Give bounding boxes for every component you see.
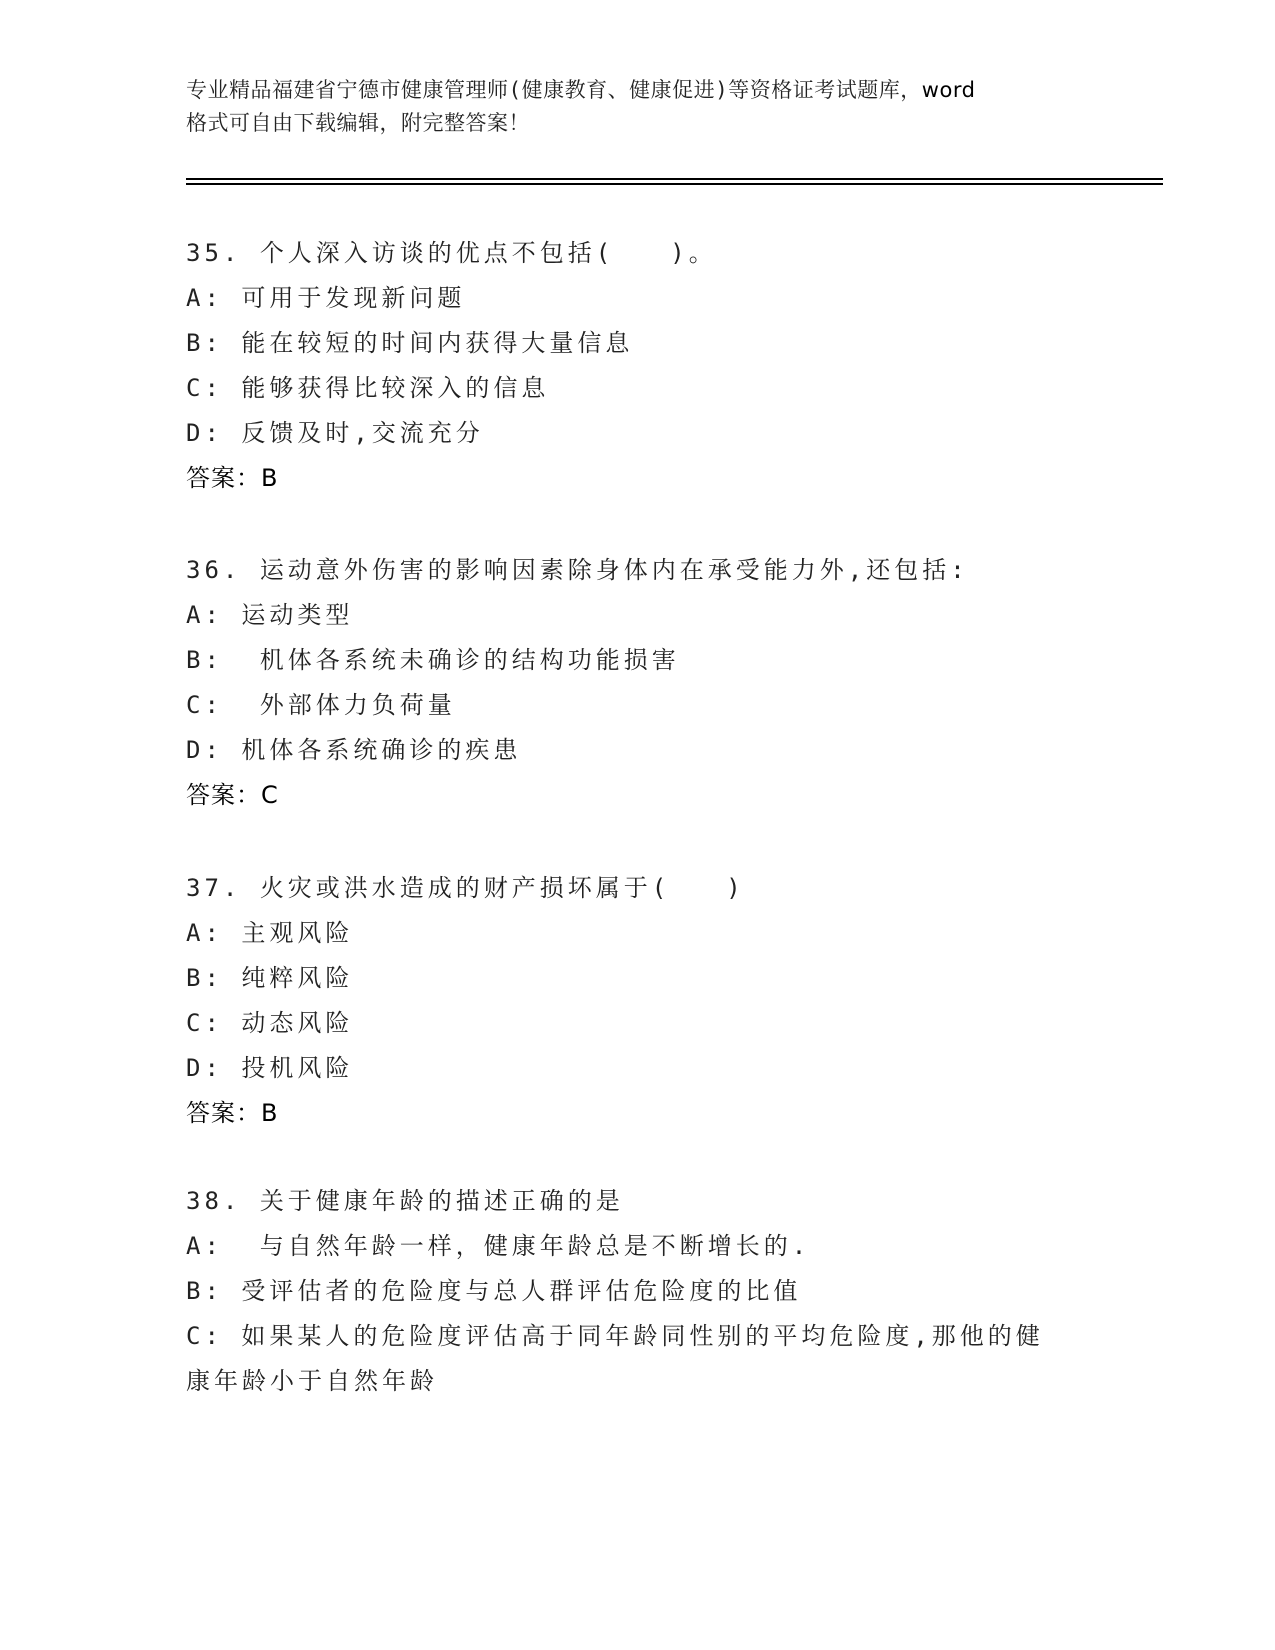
header-line-1: 专业精品福建省宁德市健康管理师(健康教育、健康促进)等资格证考试题库，word xyxy=(186,74,1086,107)
option-d: D: 反馈及时,交流充分 xyxy=(186,411,1086,456)
option-b: B: 纯粹风险 xyxy=(186,956,1086,1001)
answer-line: 答案：B xyxy=(186,456,1086,501)
option-label: D: xyxy=(186,736,223,764)
question-text: 关于健康年龄的描述正确的是 xyxy=(260,1187,624,1215)
option-label: C: xyxy=(186,374,223,402)
option-text: 机体各系统确诊的疾患 xyxy=(241,736,521,764)
question-stem: 36. 运动意外伤害的影响因素除身体内在承受能力外,还包括: xyxy=(186,548,1086,593)
header-divider-bottom xyxy=(186,183,1163,185)
header-word-label: word xyxy=(922,78,976,102)
header-line-1-text: 专业精品福建省宁德市健康管理师(健康教育、健康促进)等资格证考试题库， xyxy=(186,78,922,102)
option-text: 可用于发现新问题 xyxy=(241,284,465,312)
option-c: C: 如果某人的危险度评估高于同年龄同性别的平均危险度,那他的健 xyxy=(186,1314,1086,1359)
option-label: D: xyxy=(186,419,223,447)
option-label: A: xyxy=(186,919,223,947)
option-d: D: 机体各系统确诊的疾患 xyxy=(186,728,1086,773)
option-label: C: xyxy=(186,691,223,719)
question-37: 37. 火灾或洪水造成的财产损坏属于( ) A: 主观风险 B: 纯粹风险 C:… xyxy=(186,866,1086,1136)
question-36: 36. 运动意外伤害的影响因素除身体内在承受能力外,还包括: A: 运动类型 B… xyxy=(186,548,1086,818)
option-text: 反馈及时,交流充分 xyxy=(241,419,483,447)
option-b: B: 受评估者的危险度与总人群评估危险度的比值 xyxy=(186,1269,1086,1314)
question-stem: 35. 个人深入访谈的优点不包括( )。 xyxy=(186,231,1086,276)
option-text: 如果某人的危险度评估高于同年龄同性别的平均危险度,那他的健 xyxy=(241,1322,1043,1350)
option-label: C: xyxy=(186,1322,223,1350)
document-page: 专业精品福建省宁德市健康管理师(健康教育、健康促进)等资格证考试题库，word … xyxy=(0,0,1275,1650)
question-number: 36. xyxy=(186,556,241,584)
option-label: B: xyxy=(186,964,223,992)
question-number: 37. xyxy=(186,874,241,902)
option-label: D: xyxy=(186,1054,223,1082)
option-text: 外部体力负荷量 xyxy=(241,691,455,719)
document-header: 专业精品福建省宁德市健康管理师(健康教育、健康促进)等资格证考试题库，word … xyxy=(186,74,1086,140)
option-a: A: 主观风险 xyxy=(186,911,1086,956)
question-38: 38. 关于健康年龄的描述正确的是 A: 与自然年龄一样，健康年龄总是不断增长的… xyxy=(186,1179,1086,1404)
question-text: 运动意外伤害的影响因素除身体内在承受能力外,还包括: xyxy=(260,556,969,584)
option-a: A: 与自然年龄一样，健康年龄总是不断增长的. xyxy=(186,1224,1086,1269)
question-number: 38. xyxy=(186,1187,241,1215)
option-label: A: xyxy=(186,284,223,312)
option-text: 能够获得比较深入的信息 xyxy=(241,374,549,402)
answer-line: 答案：B xyxy=(186,1091,1086,1136)
question-stem: 37. 火灾或洪水造成的财产损坏属于( ) xyxy=(186,866,1086,911)
option-label: C: xyxy=(186,1009,223,1037)
option-label: B: xyxy=(186,646,223,674)
header-line-2: 格式可自由下载编辑，附完整答案！ xyxy=(186,107,1086,140)
option-text: 机体各系统未确诊的结构功能损害 xyxy=(241,646,679,674)
option-b: B: 机体各系统未确诊的结构功能损害 xyxy=(186,638,1086,683)
option-a: A: 可用于发现新问题 xyxy=(186,276,1086,321)
option-label: A: xyxy=(186,1232,223,1260)
option-text: 运动类型 xyxy=(241,601,353,629)
header-divider-top xyxy=(186,178,1163,180)
question-text: 个人深入访谈的优点不包括( )。 xyxy=(260,239,717,267)
option-c: C: 动态风险 xyxy=(186,1001,1086,1046)
option-text: 动态风险 xyxy=(241,1009,353,1037)
option-d: D: 投机风险 xyxy=(186,1046,1086,1091)
option-c: C: 能够获得比较深入的信息 xyxy=(186,366,1086,411)
question-text: 火灾或洪水造成的财产损坏属于( ) xyxy=(260,874,745,902)
option-label: B: xyxy=(186,1277,223,1305)
answer-line: 答案：C xyxy=(186,773,1086,818)
option-text: 主观风险 xyxy=(241,919,353,947)
question-number: 35. xyxy=(186,239,241,267)
option-c: C: 外部体力负荷量 xyxy=(186,683,1086,728)
option-b: B: 能在较短的时间内获得大量信息 xyxy=(186,321,1086,366)
question-stem: 38. 关于健康年龄的描述正确的是 xyxy=(186,1179,1086,1224)
question-35: 35. 个人深入访谈的优点不包括( )。 A: 可用于发现新问题 B: 能在较短… xyxy=(186,231,1086,501)
option-text: 能在较短的时间内获得大量信息 xyxy=(241,329,633,357)
option-label: B: xyxy=(186,329,223,357)
option-c-continuation: 康年龄小于自然年龄 xyxy=(186,1359,1086,1404)
option-a: A: 运动类型 xyxy=(186,593,1086,638)
option-text: 纯粹风险 xyxy=(241,964,353,992)
option-text: 投机风险 xyxy=(241,1054,353,1082)
option-text: 与自然年龄一样，健康年龄总是不断增长的. xyxy=(241,1232,810,1260)
option-text: 受评估者的危险度与总人群评估危险度的比值 xyxy=(241,1277,801,1305)
option-label: A: xyxy=(186,601,223,629)
